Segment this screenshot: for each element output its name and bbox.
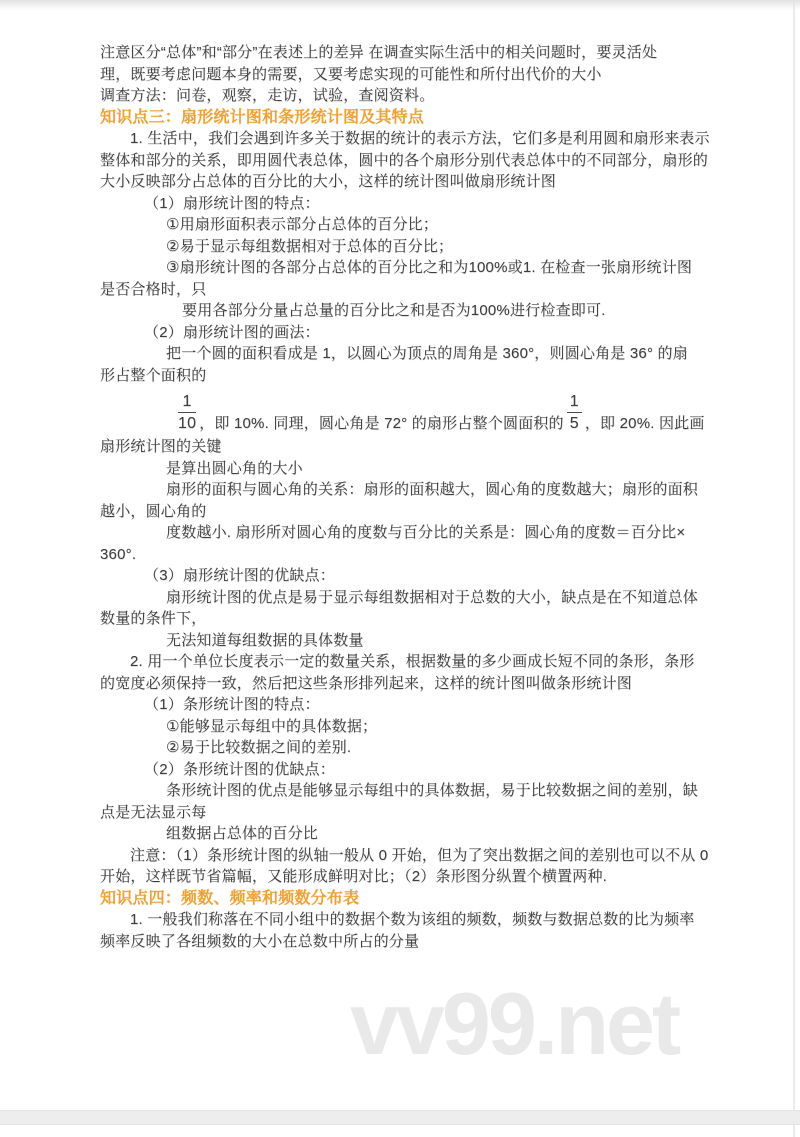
text-line: 注意：（1）条形统计图的纵轴一般从 0 开始，但为了突出数据之间的差别也可以不从…: [100, 845, 712, 867]
text-line: ①用扇形面积表示部分占总体的百分比；: [100, 214, 712, 236]
fraction-sentence-end: ，即 20%. 因此画: [585, 412, 705, 433]
text-line: 度数越小. 扇形所对圆心角的度数与百分比的关系是：圆心角的度数＝百分比×: [100, 522, 712, 544]
text-line: （3）扇形统计图的优缺点：: [100, 565, 712, 587]
section-heading: 知识点三：扇形统计图和条形统计图及其特点: [100, 107, 712, 129]
text-line: 要用各部分分量占总量的百分比之和是否为100%进行检查即可.: [100, 300, 712, 322]
text-line: （2）条形统计图的优缺点：: [100, 759, 712, 781]
text-line: 组数据占总体的百分比: [100, 823, 712, 845]
text-line: 扇形统计图的关键: [100, 436, 712, 458]
fraction-one-tenth: 1 10: [178, 392, 196, 433]
scanned-document-page: 注意区分“总体”和“部分”在表述上的差异 在调查实际生活中的相关问题时，要灵活处…: [0, 0, 800, 1137]
text-line: 注意区分“总体”和“部分”在表述上的差异 在调查实际生活中的相关问题时，要灵活处: [100, 42, 712, 64]
text-line: 大小反映部分占总体的百分比的大小，这样的统计图叫做扇形统计图: [100, 171, 712, 193]
text-line: ②易于显示每组数据相对于总体的百分比；: [100, 236, 712, 258]
text-line: （2）扇形统计图的画法：: [100, 322, 712, 344]
page-right-border: [793, 0, 795, 1137]
fraction-denominator: 10: [178, 413, 196, 433]
text-line: 无法知道每组数据的具体数量: [100, 630, 712, 652]
text-line: 的宽度必须保持一致，然后把这些条形排列起来，这样的统计图叫做条形统计图: [100, 673, 712, 695]
document-content: 注意区分“总体”和“部分”在表述上的差异 在调查实际生活中的相关问题时，要灵活处…: [100, 42, 712, 952]
text-line: 1. 一般我们称落在不同小组中的数据个数为该组的频数，频数与数据总数的比为频率: [100, 909, 712, 931]
text-block-upper: 注意区分“总体”和“部分”在表述上的差异 在调查实际生活中的相关问题时，要灵活处…: [100, 42, 712, 386]
text-line: 越小，圆心角的: [100, 501, 712, 523]
page-separator-band: [0, 1110, 800, 1125]
page-top-shadow: [0, 0, 800, 10]
text-block-lower: 扇形统计图的关键是算出圆心角的大小扇形的面积与圆心角的关系：扇形的面积越大，圆心…: [100, 436, 712, 952]
text-line: 点是无法显示每: [100, 802, 712, 824]
fraction-sentence-mid: ，即 10%. 同理，圆心角是 72° 的扇形占整个圆面积的: [199, 412, 564, 433]
text-line: 条形统计图的优点是能够显示每组中的具体数据，易于比较数据之间的差别，缺: [100, 780, 712, 802]
text-line: 整体和部分的关系，即用圆代表总体，圆中的各个扇形分别代表总体中的不同部分，扇形的: [100, 150, 712, 172]
fraction-one-fifth: 1 5: [567, 392, 582, 433]
text-line: ②易于比较数据之间的差别.: [100, 737, 712, 759]
text-line: 扇形的面积与圆心角的关系：扇形的面积越大，圆心角的度数越大；扇形的面积: [100, 479, 712, 501]
text-line: ①能够显示每组中的具体数据；: [100, 716, 712, 738]
fraction-numerator: 1: [567, 392, 582, 413]
text-line: 形占整个面积的: [100, 365, 712, 387]
fraction-sentence: 1 10 ，即 10%. 同理，圆心角是 72° 的扇形占整个圆面积的 1 5 …: [100, 392, 712, 433]
text-line: 扇形统计图的优点是易于显示每组数据相对于总数的大小，缺点是在不知道总体: [100, 587, 712, 609]
text-line: （1）条形统计图的特点：: [100, 694, 712, 716]
text-line: 把一个圆的面积看成是 1，以圆心为顶点的周角是 360°，则圆心角是 36° 的…: [100, 343, 712, 365]
text-line: 开始，这样既节省篇幅，又能形成鲜明对比；（2）条形图分纵置个横置两种.: [100, 866, 712, 888]
text-line: 频率反映了各组频数的大小在总数中所占的分量: [100, 931, 712, 953]
text-line: （1）扇形统计图的特点：: [100, 193, 712, 215]
text-line: 数量的条件下，: [100, 608, 712, 630]
fraction-numerator: 1: [178, 392, 196, 413]
text-line: 1. 生活中，我们会遇到许多关于数据的统计的表示方法，它们多是利用圆和扇形来表示: [100, 128, 712, 150]
fraction-denominator: 5: [567, 413, 582, 433]
text-line: 2. 用一个单位长度表示一定的数量关系，根据数量的多少画成长短不同的条形，条形: [100, 651, 712, 673]
text-line: ③扇形统计图的各部分占总体的百分比之和为100%或1. 在检查一张扇形统计图: [100, 257, 712, 279]
text-line: 理，既要考虑问题本身的需要，又要考虑实现的可能性和所付出代价的大小: [100, 64, 712, 86]
text-line: 调查方法：问卷，观察，走访，试验，查阅资料。: [100, 85, 712, 107]
watermark: vv99.net: [350, 980, 678, 1068]
section-heading: 知识点四：频数、频率和频数分布表: [100, 888, 712, 910]
text-line: 是算出圆心角的大小: [100, 458, 712, 480]
text-line: 是否合格时，只: [100, 279, 712, 301]
text-line: 360°.: [100, 544, 712, 566]
